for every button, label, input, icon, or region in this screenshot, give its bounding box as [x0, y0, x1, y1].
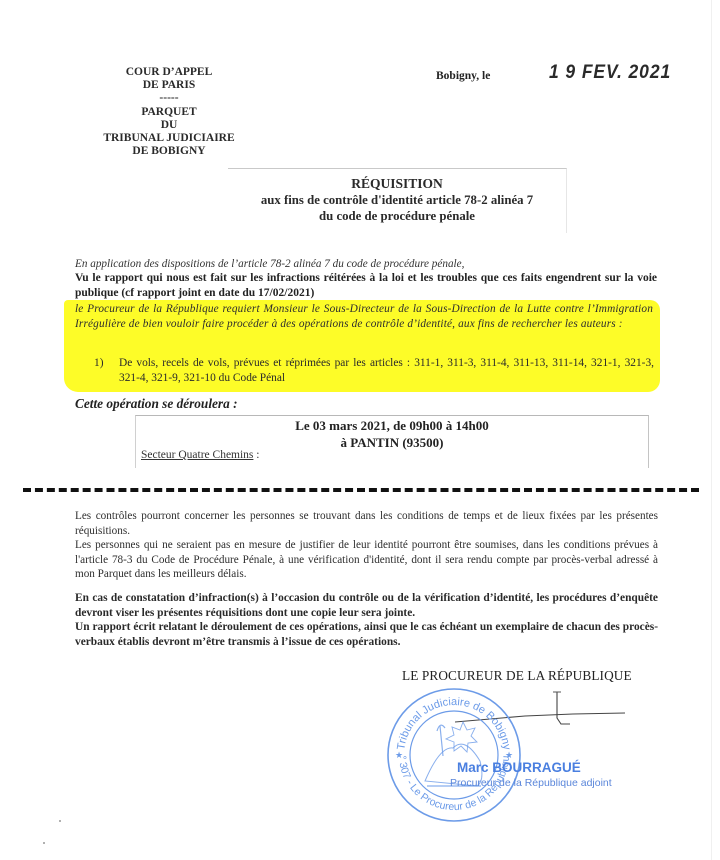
date-stamp: 1 9 FEV. 2021: [549, 62, 671, 84]
sector-suffix: :: [253, 449, 259, 461]
offense-number: 1): [94, 356, 104, 371]
body-paragraph-4: Un rapport écrit relatant le déroulement…: [75, 620, 658, 649]
place-label: Bobigny, le: [436, 70, 490, 82]
scan-speck: [43, 842, 45, 844]
svg-text:★: ★: [395, 750, 403, 760]
page-edge: [711, 0, 712, 860]
court-line: DE BOBIGNY: [103, 145, 235, 158]
court-line: PARQUET: [103, 106, 235, 119]
sector-label: Secteur Quatre Chemins: [141, 449, 253, 461]
application-clause: En application des dispositions de l’art…: [75, 258, 464, 270]
cut-divider: [23, 488, 699, 492]
document-title: RÉQUISITION: [228, 176, 566, 192]
request-text: le Procureur de la République requiert M…: [75, 302, 653, 331]
court-line: DU: [103, 119, 235, 132]
signatory-title: LE PROCUREUR DE LA RÉPUBLIQUE: [402, 668, 632, 684]
body-paragraph-2: Les personnes qui ne seraient pas en mes…: [75, 538, 658, 582]
offense-text: De vols, recels de vols, prévues et répr…: [119, 356, 654, 385]
official-seal-icon: Tribunal Judiciaire de Bobigny n° 307 - …: [385, 686, 523, 824]
body-paragraph-3: En cas de constatation d’infraction(s) à…: [75, 591, 658, 620]
court-header: COUR D’APPEL DE PARIS ----- PARQUET DU T…: [103, 66, 235, 158]
operation-sector: Secteur Quatre Chemins :: [141, 449, 260, 461]
signatory-role: Procureur de la République adjoint: [450, 777, 612, 789]
report-clause: Vu le rapport qui nous est fait sur les …: [75, 271, 657, 300]
offense-item: 1) De vols, recels de vols, prévues et r…: [94, 356, 654, 385]
title-box: RÉQUISITION aux fins de contrôle d'ident…: [228, 168, 567, 233]
court-separator: -----: [103, 92, 235, 105]
court-line: TRIBUNAL JUDICIAIRE: [103, 132, 235, 145]
court-line: COUR D’APPEL: [103, 66, 235, 79]
document-subtitle-2: du code de procédure pénale: [228, 208, 566, 224]
operation-box: Le 03 mars 2021, de 09h00 à 14h00 à PANT…: [135, 415, 649, 468]
scan-speck: [59, 820, 61, 822]
highlighted-request: le Procureur de la République requiert M…: [64, 300, 660, 392]
body-paragraph-1: Les contrôles pourront concerner les per…: [75, 509, 658, 538]
operation-when: Le 03 mars 2021, de 09h00 à 14h00: [136, 418, 648, 434]
svg-text:★: ★: [505, 750, 513, 760]
document-subtitle: aux fins de contrôle d'identité article …: [228, 192, 566, 208]
court-line: DE PARIS: [103, 79, 235, 92]
operation-heading: Cette opération se déroulera :: [75, 396, 238, 412]
signatory-name: Marc BOURRAGUÉ: [457, 760, 581, 775]
